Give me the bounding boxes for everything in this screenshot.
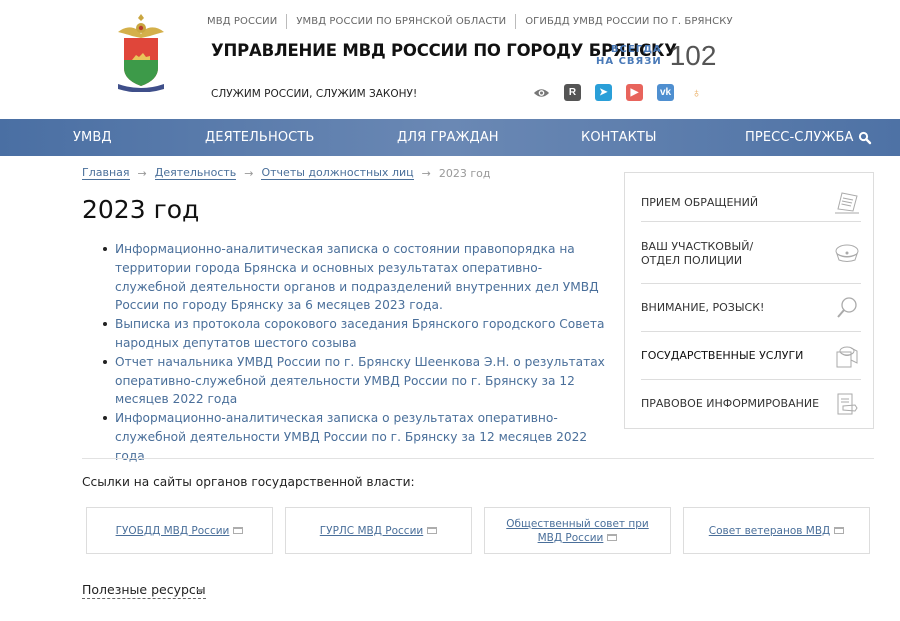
useful-resources-toggle[interactable]: Полезные ресурсы — [82, 582, 206, 599]
gov-link[interactable]: ГУОБДД МВД России — [116, 524, 244, 538]
main-nav: УМВД ДЕЯТЕЛЬНОСТЬ ДЛЯ ГРАЖДАН КОНТАКТЫ П… — [0, 119, 900, 156]
gov-link-label: Совет ветеранов МВД — [709, 525, 830, 537]
top-link-umvd-oblast[interactable]: УМВД РОССИИ ПО БРЯНСКОЙ ОБЛАСТИ — [296, 16, 506, 27]
police-cap-icon — [833, 240, 861, 268]
list-item: Информационно-аналитическая записка о со… — [100, 240, 610, 315]
chevron-down-icon[interactable] — [196, 589, 204, 593]
document-link[interactable]: Выписка из протокола сорокового заседани… — [115, 317, 605, 350]
top-links: МВД РОССИИ УМВД РОССИИ ПО БРЯНСКОЙ ОБЛАС… — [207, 14, 733, 29]
breadcrumb-current: 2023 год — [439, 167, 491, 180]
side-menu-label: ВНИМАНИЕ, РОЗЫСК! — [641, 301, 764, 315]
list-item: Отчет начальника УМВД России по г. Брянс… — [100, 353, 610, 409]
eye-icon[interactable] — [533, 84, 550, 101]
site-header: МВД РОССИИ УМВД РОССИИ ПО БРЯНСКОЙ ОБЛАС… — [0, 0, 900, 119]
gov-link-label: ГУОБДД МВД России — [116, 525, 230, 537]
divider — [82, 458, 874, 459]
external-link-icon — [834, 527, 844, 534]
site-motto: СЛУЖИМ РОССИИ, СЛУЖИМ ЗАКОНУ! — [211, 88, 417, 100]
breadcrumb: Главная → Деятельность → Отчеты должност… — [82, 166, 490, 180]
gov-link-card[interactable]: ГУОБДД МВД России — [86, 507, 273, 554]
breadcrumb-home[interactable]: Главная — [82, 166, 130, 180]
gov-links-title: Ссылки на сайты органов государственной … — [82, 475, 415, 489]
external-link-icon — [427, 527, 437, 534]
divider — [641, 331, 861, 332]
document-link[interactable]: Отчет начальника УМВД России по г. Брянс… — [115, 355, 605, 407]
legal-info-icon — [833, 390, 861, 418]
youtube-icon[interactable]: ▶ — [626, 84, 643, 101]
documents-list: Информационно-аналитическая записка о со… — [100, 240, 610, 466]
social-links: R➤▶vk♁ — [533, 84, 719, 101]
gov-link[interactable]: Совет ветеранов МВД — [709, 524, 844, 538]
breadcrumb-activity[interactable]: Деятельность — [155, 166, 237, 180]
side-menu-label: ПРИЕМ ОБРАЩЕНИЙ — [641, 196, 758, 210]
side-menu-label: ГОСУДАРСТВЕННЫЕ УСЛУГИ — [641, 349, 803, 363]
public-services-icon — [833, 342, 861, 370]
arrow-right-icon: → — [244, 167, 253, 180]
side-menu-item-wanted[interactable]: ВНИМАНИЕ, РОЗЫСК! — [641, 291, 861, 325]
side-menu: ПРИЕМ ОБРАЩЕНИЙ ВАШ УЧАСТКОВЫЙ/ОТДЕЛ ПОЛ… — [624, 172, 874, 429]
gov-link-card[interactable]: Совет ветеранов МВД — [683, 507, 870, 554]
telegram-icon[interactable]: ➤ — [595, 84, 612, 101]
hotline-number: 102 — [670, 40, 717, 72]
vk-icon[interactable]: vk — [657, 84, 674, 101]
coat-of-arms-logo[interactable] — [114, 10, 168, 92]
page-title: 2023 год — [82, 195, 199, 224]
nav-item-umvd[interactable]: УМВД — [73, 130, 112, 145]
nav-item-citizens[interactable]: ДЛЯ ГРАЖДАН — [397, 130, 499, 145]
divider — [515, 14, 516, 29]
document-link[interactable]: Информационно-аналитическая записка о со… — [115, 242, 599, 312]
top-link-ogibdd[interactable]: ОГИБДД УМВД РОССИИ ПО Г. БРЯНСКУ — [525, 16, 732, 27]
nav-item-press[interactable]: ПРЕСС-СЛУЖБА — [745, 130, 853, 145]
gov-link-card[interactable]: ГУРЛС МВД России — [285, 507, 472, 554]
hotline-label-line1: ВСЕГДА — [596, 44, 662, 56]
gov-link[interactable]: ГУРЛС МВД России — [320, 524, 437, 538]
gov-link[interactable]: Общественный совет при МВД России — [495, 517, 660, 545]
breadcrumb-reports[interactable]: Отчеты должностных лиц — [261, 166, 413, 180]
external-link-icon — [607, 534, 617, 541]
side-menu-item-public-services[interactable]: ГОСУДАРСТВЕННЫЕ УСЛУГИ — [641, 339, 861, 373]
side-menu-item-district-officer[interactable]: ВАШ УЧАСТКОВЫЙ/ОТДЕЛ ПОЛИЦИИ — [641, 231, 861, 277]
divider — [641, 221, 861, 222]
gov-link-label: Общественный совет при МВД России — [506, 518, 648, 544]
rutube-icon[interactable]: R — [564, 84, 581, 101]
arrow-right-icon: → — [422, 167, 431, 180]
arrow-right-icon: → — [138, 167, 147, 180]
nav-item-activity[interactable]: ДЕЯТЕЛЬНОСТЬ — [205, 130, 314, 145]
odnoklassniki-icon[interactable]: ♁ — [688, 84, 705, 101]
divider — [286, 14, 287, 29]
document-link[interactable]: Информационно-аналитическая записка о ре… — [115, 411, 587, 463]
external-link-icon — [233, 527, 243, 534]
hotline: ВСЕГДА НА СВЯЗИ 102 — [596, 40, 716, 72]
side-menu-label: ПРАВОВОЕ ИНФОРМИРОВАНИЕ — [641, 397, 819, 411]
document-icon — [833, 189, 861, 217]
search-icon[interactable] — [858, 131, 872, 145]
magnifier-icon — [833, 294, 861, 322]
divider — [641, 379, 861, 380]
side-menu-item-legal-info[interactable]: ПРАВОВОЕ ИНФОРМИРОВАНИЕ — [641, 387, 861, 421]
divider — [641, 283, 861, 284]
gov-link-label: ГУРЛС МВД России — [320, 525, 423, 537]
nav-item-contacts[interactable]: КОНТАКТЫ — [581, 130, 657, 145]
list-item: Выписка из протокола сорокового заседани… — [100, 315, 610, 353]
gov-link-card[interactable]: Общественный совет при МВД России — [484, 507, 671, 554]
side-menu-item-appeals[interactable]: ПРИЕМ ОБРАЩЕНИЙ — [641, 183, 861, 223]
hotline-label-line2: НА СВЯЗИ — [596, 56, 662, 68]
top-link-mvd[interactable]: МВД РОССИИ — [207, 16, 277, 27]
hotline-label: ВСЕГДА НА СВЯЗИ — [596, 44, 662, 68]
side-menu-label: ВАШ УЧАСТКОВЫЙ/ОТДЕЛ ПОЛИЦИИ — [641, 240, 791, 268]
